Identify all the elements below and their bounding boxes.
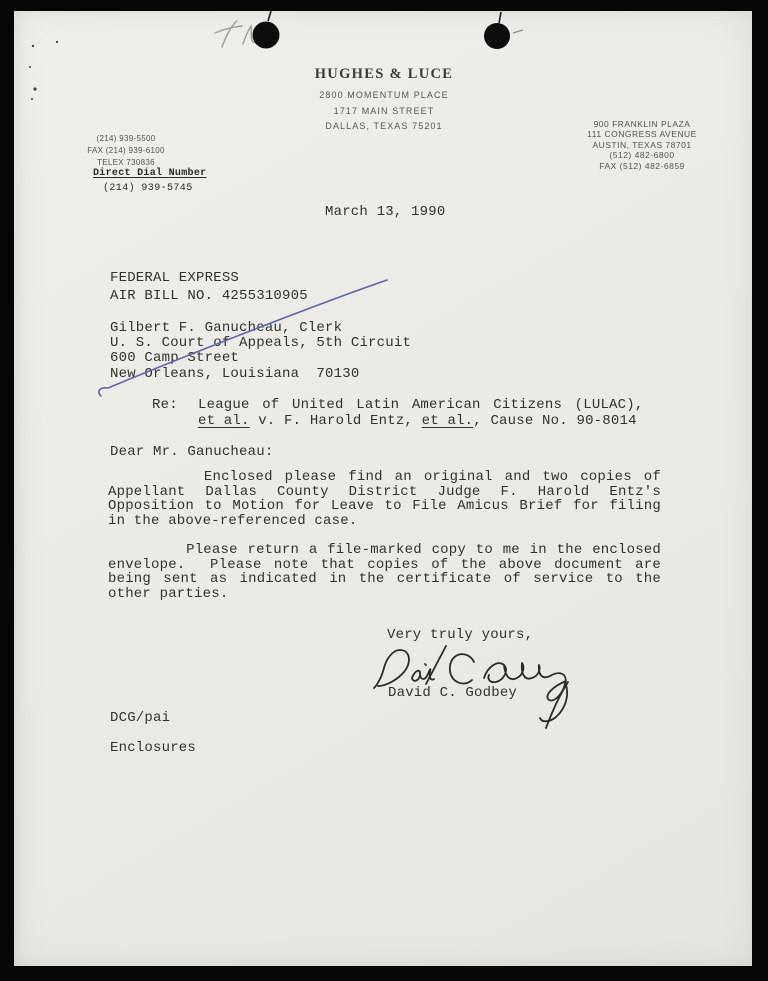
scanned-letter: HUGHES & LUCE 2800 MOMENTUM PLACE 1717 M… <box>0 0 768 981</box>
firm-address-line: 2800 MOMENTUM PLACE <box>0 88 768 104</box>
direct-dial-number: (214) 939-5745 <box>103 183 193 194</box>
phone-line: (214) 939-5500 <box>60 133 192 145</box>
body-paragraph-2: Please return a file-marked copy to me i… <box>108 543 661 601</box>
austin-fax-line: FAX (512) 482-6859 <box>578 161 706 171</box>
air-bill-number: AIR BILL NO. 4255310905 <box>110 288 308 306</box>
austin-office-block: 900 FRANKLIN PLAZA 111 CONGRESS AVENUE A… <box>578 119 706 171</box>
direct-dial-label: Direct Dial Number <box>93 168 206 179</box>
austin-address-line: 111 CONGRESS AVENUE <box>578 129 706 139</box>
date-line: March 13, 1990 <box>325 204 445 220</box>
reference-initials: DCG/pai <box>110 710 170 726</box>
re-label: Re: <box>152 397 198 429</box>
firm-address-line: 1717 MAIN STREET <box>0 104 768 120</box>
austin-address-line: AUSTIN, TEXAS 78701 <box>578 140 706 150</box>
delivery-method: FEDERAL EXPRESS <box>110 270 308 288</box>
signer-typed-name: David C. Godbey <box>388 685 517 701</box>
enclosure-notation: Enclosures <box>110 740 196 756</box>
recipient-address-block: Gilbert F. Ganucheau, Clerk U. S. Court … <box>110 321 411 382</box>
delivery-method-block: FEDERAL EXPRESS AIR BILL NO. 4255310905 <box>110 270 308 305</box>
recipient-line: Gilbert F. Ganucheau, Clerk <box>110 321 411 336</box>
re-text: League of United Latin American Citizens… <box>198 397 662 429</box>
firm-name: HUGHES & LUCE <box>0 66 768 83</box>
fax-line: FAX (214) 939-6100 <box>60 145 192 157</box>
body-paragraph-1: Enclosed please find an original and two… <box>108 470 661 528</box>
salutation: Dear Mr. Ganucheau: <box>110 444 273 460</box>
complimentary-closing: Very truly yours, <box>387 627 533 643</box>
recipient-line: U. S. Court of Appeals, 5th Circuit <box>110 336 411 351</box>
case-caption-line2: et al. v. F. Harold Entz, et al., Cause … <box>198 413 662 429</box>
dallas-phone-block: (214) 939-5500 FAX (214) 939-6100 TELEX … <box>60 133 192 168</box>
recipient-line: 600 Camp Street <box>110 351 411 366</box>
recipient-line: New Orleans, Louisiana 70130 <box>110 367 411 382</box>
austin-address-line: 900 FRANKLIN PLAZA <box>578 119 706 129</box>
re-line: Re: League of United Latin American Citi… <box>152 397 662 429</box>
case-caption-line1: League of United Latin American Citizens… <box>198 397 662 413</box>
austin-phone-line: (512) 482-6800 <box>578 150 706 160</box>
telex-line: TELEX 730836 <box>60 157 192 169</box>
